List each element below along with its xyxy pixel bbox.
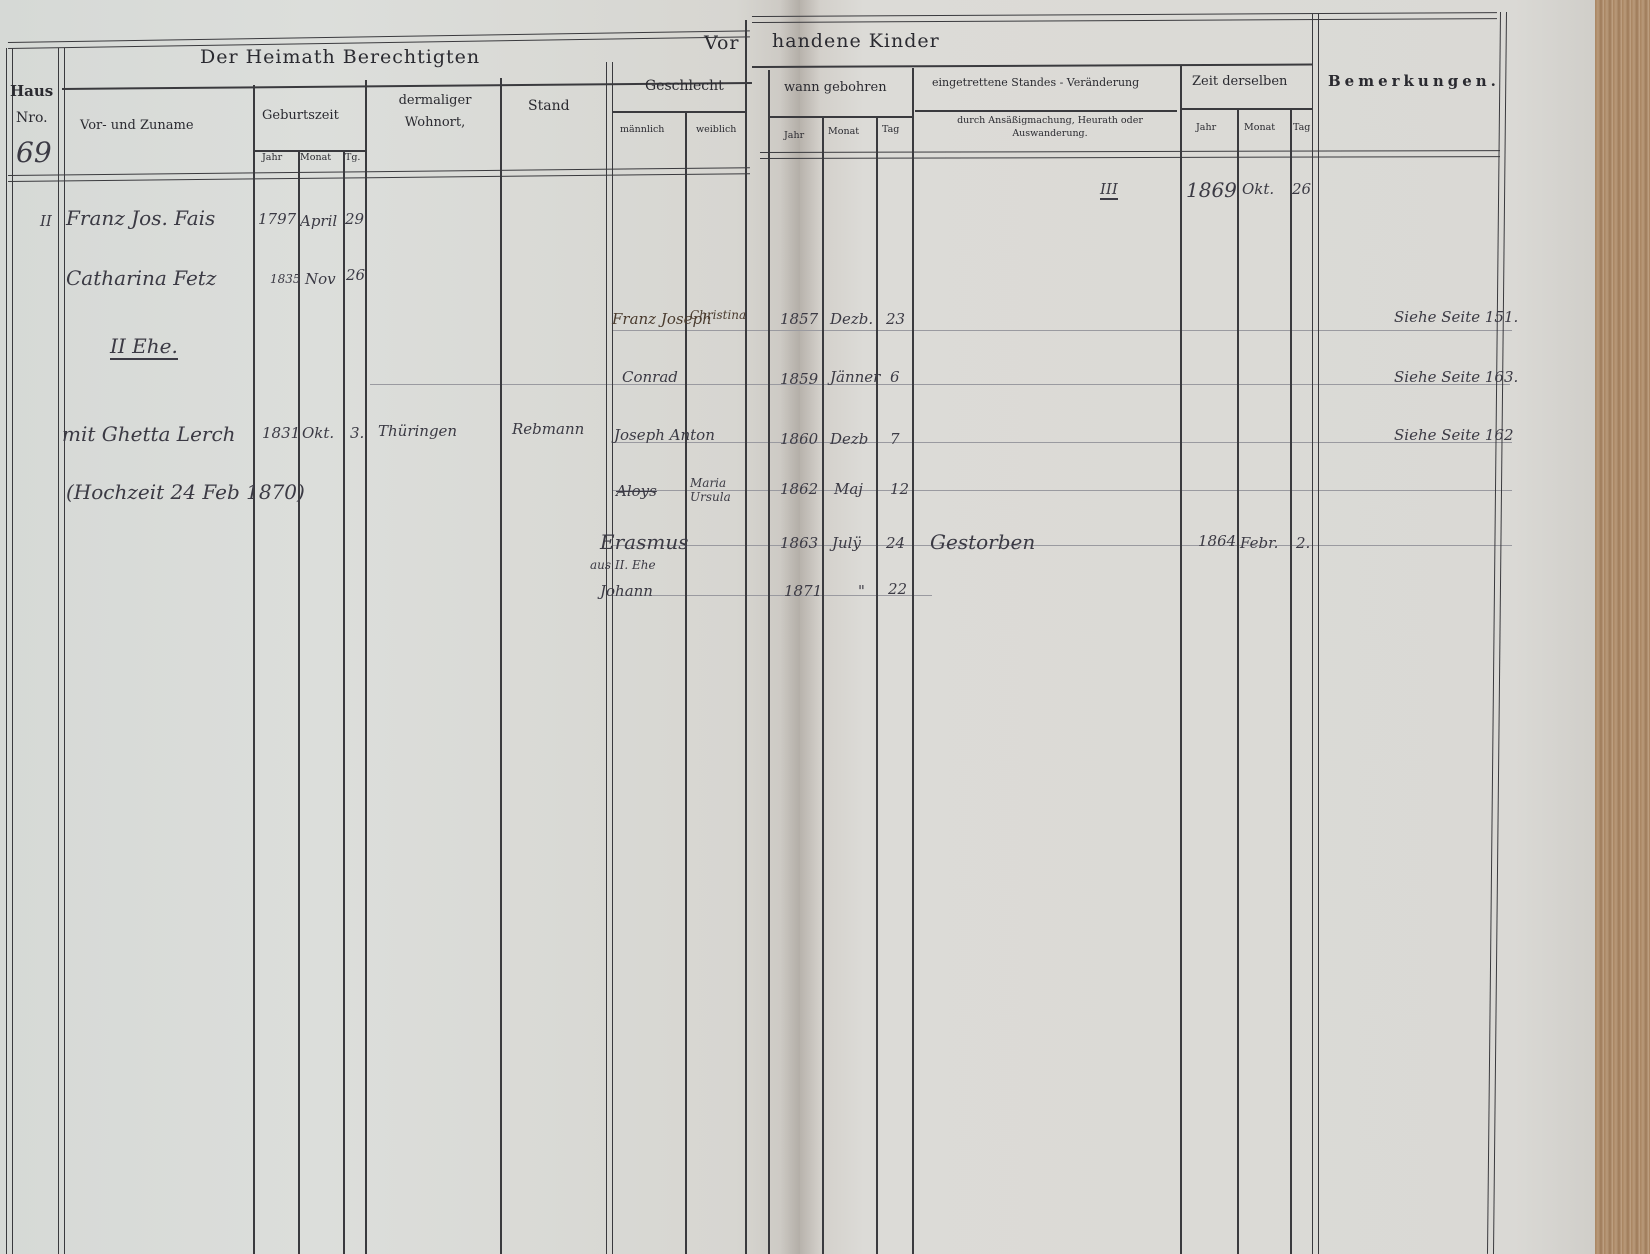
child-5-change-year: 1864 xyxy=(1198,532,1236,550)
status-change-header: eingetrettene Standes - Veränderung xyxy=(932,76,1139,89)
child-3-male: Joseph Anton xyxy=(614,426,715,444)
child-2-year: 1859 xyxy=(780,370,818,388)
child-1-day: 23 xyxy=(886,310,905,328)
entry-rule xyxy=(612,442,1512,443)
status-change-day: 26 xyxy=(1292,180,1311,198)
child-6-year: 1871 xyxy=(784,582,822,600)
child-5-change-month: Febr. xyxy=(1240,534,1278,552)
born-month-header: Monat xyxy=(828,126,859,137)
birth-group-header: Geburtszeit xyxy=(262,108,339,123)
child-1-month: Dezb. xyxy=(830,310,873,328)
born-group-header: wann gebohren xyxy=(784,80,887,95)
residence-col-divider xyxy=(500,78,502,1254)
left-outer-border xyxy=(6,48,13,1254)
parent-1-name: Franz Jos. Fais xyxy=(66,206,215,230)
status-col-divider xyxy=(1180,66,1182,1254)
name-col-divider xyxy=(253,85,255,1254)
time-year-header: Jahr xyxy=(1196,122,1216,133)
right-inner-border xyxy=(768,70,770,1254)
stand-col-divider xyxy=(606,62,613,1254)
child-2-day: 6 xyxy=(890,368,900,386)
male-header: männlich xyxy=(620,124,664,135)
child-6-month-ditto: " xyxy=(858,582,865,600)
parent-1-month: April xyxy=(300,212,337,230)
haus-label: Haus xyxy=(10,82,53,100)
male-female-divider xyxy=(685,112,687,1254)
child-4-female: Maria Ursula xyxy=(690,476,752,504)
parent-3-month: Okt. xyxy=(302,424,334,442)
birth-year-header: Jahr xyxy=(262,152,282,163)
child-6-day: 22 xyxy=(888,580,907,598)
child-1-remark: Siehe Seite 151. xyxy=(1394,308,1518,326)
parent-2-year: 1835 xyxy=(270,272,301,286)
remarks-col-divider xyxy=(1312,14,1319,1254)
book-edge xyxy=(1595,0,1650,1254)
left-inner-border xyxy=(745,20,747,1254)
time-day-header: Tag xyxy=(1293,122,1310,133)
time-group-header: Zeit derselben xyxy=(1192,74,1287,89)
status-change-subheader: durch Ansäßigmachung, Heurath oder Auswa… xyxy=(930,114,1170,140)
parent-1-year: 1797 xyxy=(258,210,296,228)
parent-2-month: Nov xyxy=(305,270,336,288)
residence-header-text: dermaliger Wohnort, xyxy=(399,93,472,130)
born-year-divider xyxy=(822,118,824,1254)
sex-subrule xyxy=(612,111,747,113)
remarks-header: Bemerkungen. xyxy=(1328,72,1500,90)
child-1-female: Christina xyxy=(690,308,746,322)
child-5-month: Julÿ xyxy=(832,534,861,552)
status-change-subtext: durch Ansäßigmachung, Heurath oder Auswa… xyxy=(957,115,1143,139)
status-change-marker: III xyxy=(1100,180,1118,200)
parent-3-stand: Rebmann xyxy=(512,420,584,438)
parent-2-name: Catharina Fetz xyxy=(66,266,216,290)
birth-day-header: Tg. xyxy=(345,152,360,163)
child-2-month: Jänner xyxy=(830,368,880,386)
parent-3-day: 3. xyxy=(350,424,364,442)
residence-col-header: dermaliger Wohnort, xyxy=(380,90,490,134)
status-change-month: Okt. xyxy=(1242,180,1274,198)
birth-month-header: Monat xyxy=(300,152,331,163)
child-2-male: Conrad xyxy=(622,368,678,386)
child-4-month: Maj xyxy=(834,480,863,498)
child-3-day: 7 xyxy=(890,430,900,448)
left-page xyxy=(0,0,800,1254)
parent-marker: II xyxy=(40,212,52,230)
entry-rule xyxy=(370,384,1510,385)
child-5-status-change: Gestorben xyxy=(930,530,1035,554)
entry-rule xyxy=(612,595,932,596)
child-5-year: 1863 xyxy=(780,534,818,552)
born-subrule xyxy=(768,116,912,118)
child-4-day: 12 xyxy=(890,480,909,498)
time-month-divider xyxy=(1290,110,1292,1254)
child-5-change-day: 2. xyxy=(1296,534,1310,552)
second-marriage-note: II Ehe. xyxy=(110,334,178,360)
born-month-divider xyxy=(876,116,878,1254)
stand-col-header: Stand xyxy=(528,98,570,114)
parent-3-year: 1831 xyxy=(262,424,300,442)
born-day-header: Tag xyxy=(882,124,899,135)
child-3-month: Dezb xyxy=(830,430,868,448)
vor-title-right: handene Kinder xyxy=(772,30,940,52)
birth-year-divider xyxy=(298,150,300,1254)
status-subrule xyxy=(915,110,1177,112)
time-subrule xyxy=(1180,108,1313,110)
entry-rule xyxy=(612,545,1512,546)
haus-col-divider xyxy=(58,48,65,1254)
parent-3-name: mit Ghetta Lerch xyxy=(62,422,236,446)
child-4-male-struck: Aloys xyxy=(616,482,657,500)
parent-1-day: 29 xyxy=(345,210,364,228)
child-4-year: 1862 xyxy=(780,480,818,498)
nro-label: Nro. xyxy=(16,110,48,126)
child-5-day: 24 xyxy=(886,534,905,552)
time-year-divider xyxy=(1237,110,1239,1254)
wedding-note: (Hochzeit 24 Feb 1870) xyxy=(66,480,305,504)
children-second-marriage-note: aus II. Ehe xyxy=(590,558,656,572)
time-month-header: Monat xyxy=(1244,122,1275,133)
name-col-header: Vor- und Zuname xyxy=(80,118,194,133)
born-year-header: Jahr xyxy=(784,130,804,141)
birth-month-divider xyxy=(343,150,345,1254)
status-change-year: 1869 xyxy=(1186,178,1237,202)
child-6-male: Johann xyxy=(600,582,653,600)
book-gutter xyxy=(780,0,820,1254)
child-3-year: 1860 xyxy=(780,430,818,448)
heimath-title: Der Heimath Berechtigten xyxy=(200,46,480,68)
child-2-remark: Siehe Seite 163. xyxy=(1394,368,1518,386)
sex-group-header: Geschlecht xyxy=(645,78,724,94)
child-1-year: 1857 xyxy=(780,310,818,328)
parent-2-day: 26 xyxy=(346,266,365,284)
entry-rule xyxy=(612,330,1512,331)
house-number: 69 xyxy=(16,136,52,169)
child-3-remark: Siehe Seite 162 xyxy=(1394,426,1514,444)
born-col-divider xyxy=(912,68,914,1254)
female-header: weiblich xyxy=(696,124,736,135)
vor-title-left: Vor xyxy=(704,32,740,54)
parent-3-residence: Thüringen xyxy=(378,422,457,440)
birth-col-divider xyxy=(365,80,367,1254)
child-5-male: Erasmus xyxy=(600,530,688,554)
